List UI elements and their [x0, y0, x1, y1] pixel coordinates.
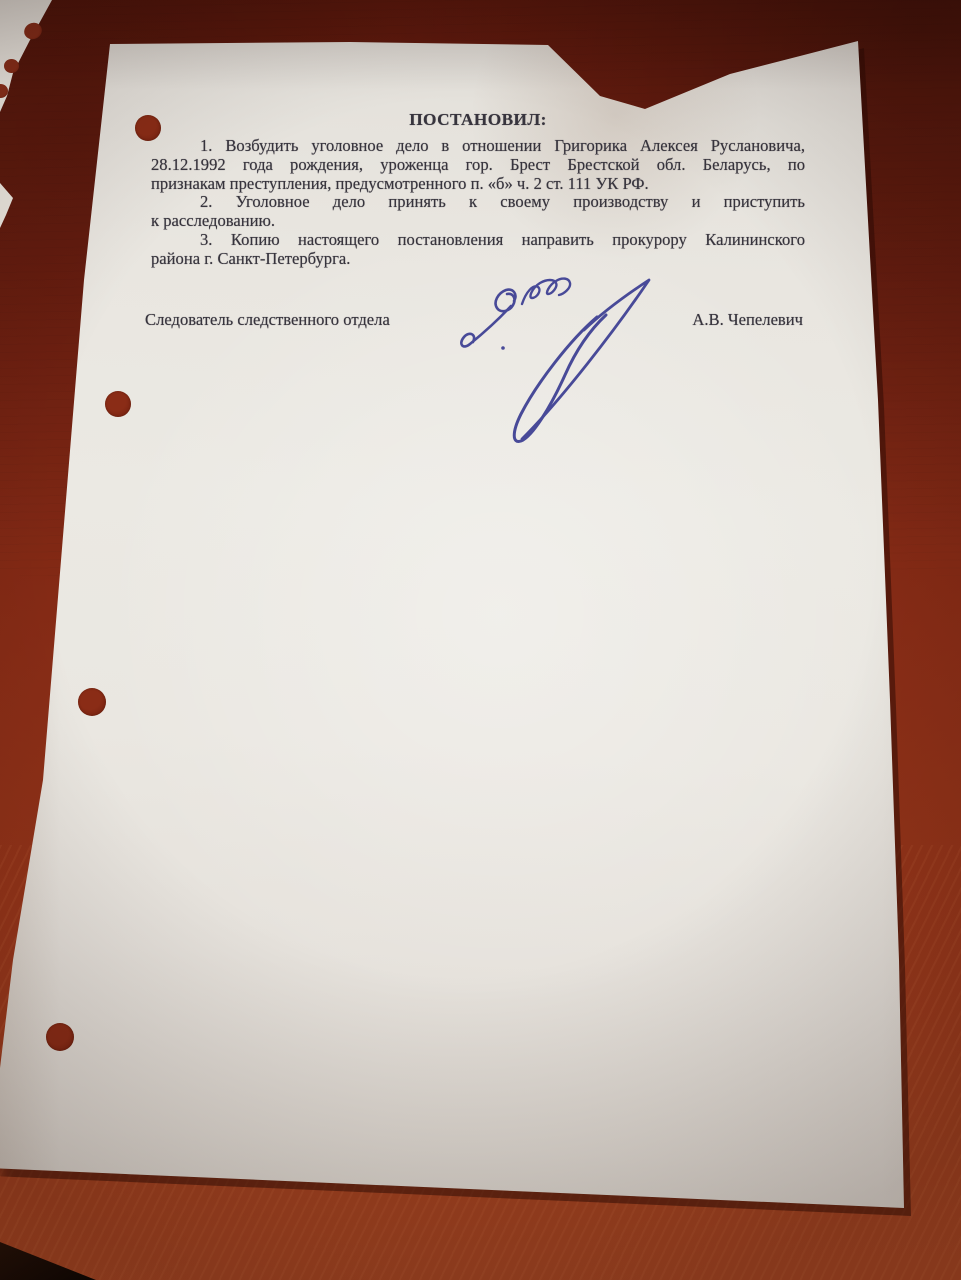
document-title: ПОСТАНОВИЛ: [151, 110, 805, 129]
doc-line: 2. Уголовное дело принять к своему произ… [151, 193, 805, 212]
punch-hole-4 [46, 1023, 74, 1051]
signature-ink [440, 258, 670, 454]
doc-line: к расследованию. [151, 212, 805, 231]
signature-role-label: Следователь следственного отдела [145, 310, 390, 329]
doc-line: 3. Копию настоящего постановления направ… [151, 231, 805, 250]
punch-hole-2 [105, 391, 131, 417]
doc-line: 28.12.1992 года рождения, уроженца гор. … [151, 156, 805, 175]
signer-name: А.В. Чепелевич [692, 310, 803, 329]
document-body: 1. Возбудить уголовное дело в отношении … [151, 137, 805, 269]
doc-line: признакам преступления, предусмотренного… [151, 175, 805, 194]
photo-scene: ПОСТАНОВИЛ: 1. Возбудить уголовное дело … [0, 0, 961, 1280]
tractor-feed-hole [4, 59, 19, 73]
doc-line: 1. Возбудить уголовное дело в отношении … [151, 137, 805, 156]
punch-hole-3 [78, 688, 106, 716]
